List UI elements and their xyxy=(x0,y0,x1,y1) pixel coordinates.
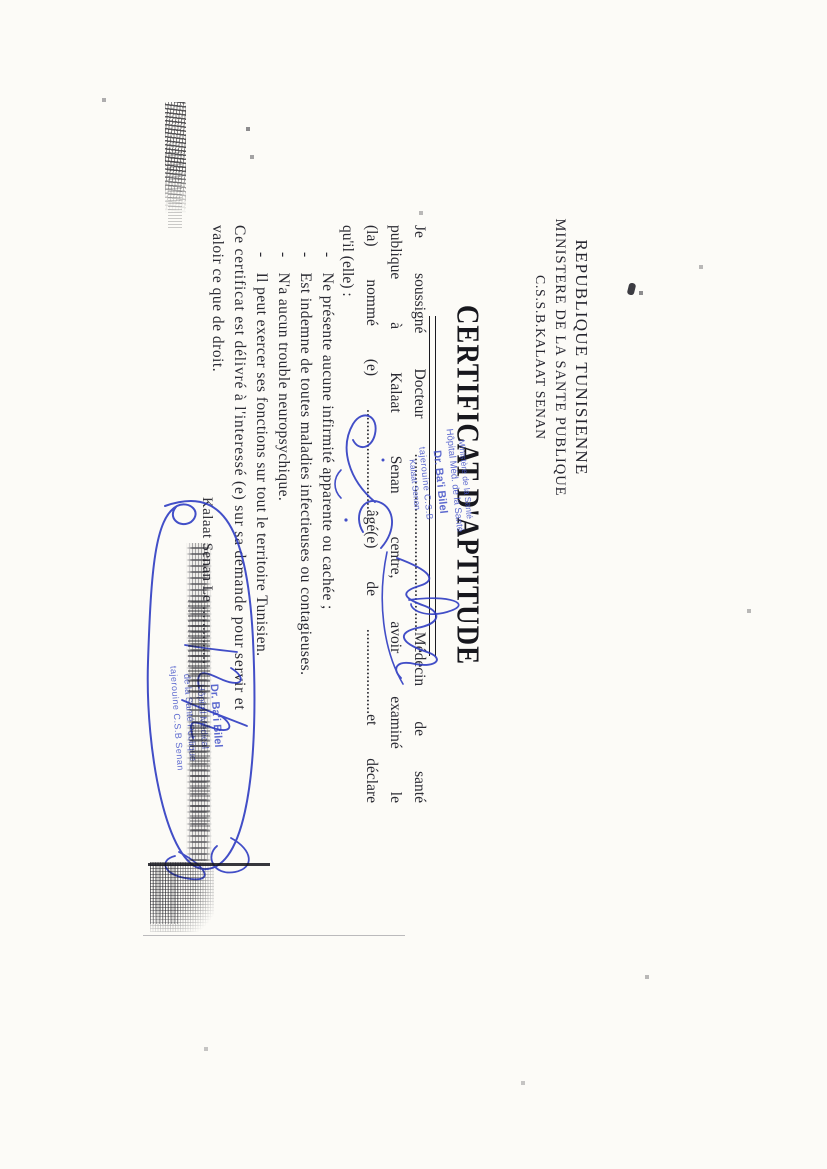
scan-dark-line xyxy=(148,863,270,866)
scan-smudge-bottom-dense xyxy=(150,866,180,924)
bullet-dash: - xyxy=(296,252,314,258)
bullet-text: N'a aucun trouble neuropsychique. xyxy=(274,273,292,502)
bullet-dash: - xyxy=(274,252,292,258)
header-ministry: MINISTERE DE LA SANTE PUBLIQUE xyxy=(551,160,568,555)
header-cssb: C.S.S.B.KALAAT SENAN xyxy=(532,160,548,555)
body-line-3: (la) nommé (e) .........................… xyxy=(362,225,380,803)
bullet-text: Il peut exercer ses fonctions sur tout l… xyxy=(252,273,270,657)
scan-smudge-band-light xyxy=(190,722,210,832)
certificate-document: REPUBLIQUE TUNISIENNE MINISTERE DE LA SA… xyxy=(0,0,827,1169)
body-line-2: publique à Kalaat Senan centre, avoir ex… xyxy=(386,225,404,803)
bullet-item: - Est indemne de toutes maladies infecti… xyxy=(296,252,314,852)
bullet-item: - Ne présente aucune infirmité apparente… xyxy=(318,252,336,852)
closing-line-2: valoir ce que de droit. xyxy=(208,225,226,372)
bullet-text: Ne présente aucune infirmité apparente o… xyxy=(318,273,336,610)
scanned-page: REPUBLIQUE TUNISIENNE MINISTERE DE LA SA… xyxy=(0,0,827,1169)
bullet-dash: - xyxy=(252,252,270,258)
body-line-4: qu'il (elle) : xyxy=(338,225,356,803)
closing-line-1: Ce certificat est délivré à l'interessé … xyxy=(230,225,248,711)
bullet-text: Est indemne de toutes maladies infectieu… xyxy=(296,273,314,676)
scan-specks xyxy=(0,0,2,2)
scan-smudge-band-dark xyxy=(188,600,210,692)
scan-smudge-top-fade xyxy=(168,150,182,228)
bullet-item: - Il peut exercer ses fonctions sur tout… xyxy=(252,252,270,852)
header-republic: REPUBLIQUE TUNISIENNE xyxy=(571,160,591,555)
document-header: REPUBLIQUE TUNISIENNE MINISTERE DE LA SA… xyxy=(532,160,591,555)
scan-fold-line xyxy=(143,935,405,936)
bullet-item: - N'a aucun trouble neuropsychique. xyxy=(274,252,292,852)
bullet-dash: - xyxy=(318,252,336,258)
